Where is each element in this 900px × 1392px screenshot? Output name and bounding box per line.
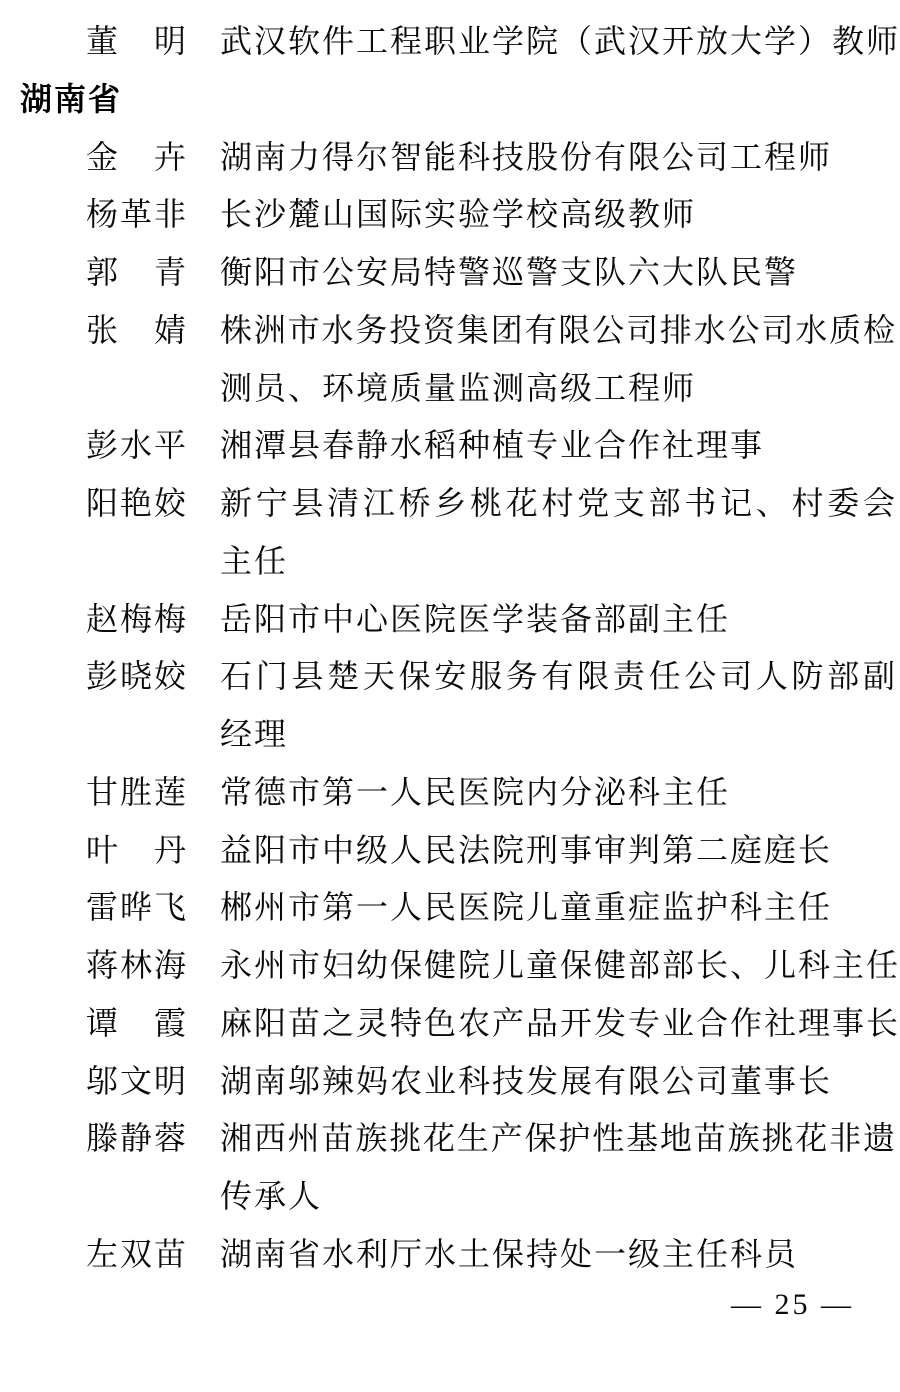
person-title-line: 传承人: [220, 1177, 322, 1215]
person-name: 张婧: [86, 311, 186, 349]
name-char: 彭: [86, 657, 118, 695]
person-title-line: 新宁县清江桥乡桃花村党支部书记、村委会: [220, 484, 896, 522]
person-name: 邬文明: [86, 1062, 186, 1100]
name-char: 晓: [120, 657, 152, 695]
name-char: 赵: [86, 600, 118, 638]
name-char: 蓉: [154, 1119, 186, 1157]
list-line: 甘胜莲常德市第一人民医院内分泌科主任: [0, 772, 900, 830]
list-line: 张婧株洲市水务投资集团有限公司排水公司水质检: [0, 310, 900, 368]
person-title-line: 永州市妇幼保健院儿童保健部部长、儿科主任: [220, 946, 900, 984]
list-line: 郭青衡阳市公安局特警巡警支队六大队民警: [0, 252, 900, 310]
person-title-line: 经理: [220, 715, 288, 753]
list-line: 赵梅梅岳阳市中心医院医学装备部副主任: [0, 599, 900, 657]
person-name: 彭水平: [86, 426, 186, 464]
person-title-line: 常德市第一人民医院内分泌科主任: [220, 773, 730, 811]
list-line: 湖南省: [0, 79, 900, 137]
document-page: 董明武汉软件工程职业学院（武汉开放大学）教师湖南省金卉湖南力得尔智能科技股份有限…: [0, 0, 900, 1392]
list-line: 左双苗湖南省水利厅水土保持处一级主任科员: [0, 1234, 900, 1292]
person-name: 叶丹: [86, 831, 186, 869]
person-name: 金卉: [86, 138, 186, 176]
person-title-line: 武汉软件工程职业学院（武汉开放大学）教师: [220, 22, 900, 60]
person-name: 阳艳姣: [86, 484, 186, 522]
person-title-line: 益阳市中级人民法院刑事审判第二庭庭长: [220, 831, 832, 869]
name-char: 张: [86, 311, 118, 349]
list-line: 彭晓姣石门县楚天保安服务有限责任公司人防部副: [0, 656, 900, 714]
list-line: 谭霞麻阳苗之灵特色农产品开发专业合作社理事长: [0, 1003, 900, 1061]
name-char: 姣: [154, 484, 186, 522]
name-char: 艳: [120, 484, 152, 522]
name-char: 邬: [86, 1062, 118, 1100]
name-char: 青: [154, 253, 186, 291]
name-char: 婧: [154, 311, 186, 349]
name-char: 姣: [154, 657, 186, 695]
list-line: 阳艳姣新宁县清江桥乡桃花村党支部书记、村委会: [0, 483, 900, 541]
person-name: 赵梅梅: [86, 600, 186, 638]
name-char: 海: [154, 946, 186, 984]
list-line: 雷晔飞郴州市第一人民医院儿童重症监护科主任: [0, 887, 900, 945]
person-title-line: 株洲市水务投资集团有限公司排水公司水质检: [220, 311, 896, 349]
name-char: 明: [154, 22, 186, 60]
name-char: 静: [120, 1119, 152, 1157]
name-char: 雷: [86, 888, 118, 926]
page-number: — 25 —: [731, 1288, 854, 1322]
person-name: 董明: [86, 22, 186, 60]
name-char: 莲: [154, 773, 186, 811]
name-char: 滕: [86, 1119, 118, 1157]
list-line: 测员、环境质量监测高级工程师: [0, 368, 900, 426]
name-char: 飞: [154, 888, 186, 926]
name-char: 阳: [86, 484, 118, 522]
list-line: 主任: [0, 541, 900, 599]
name-char: 蒋: [86, 946, 118, 984]
person-name: 雷晔飞: [86, 888, 186, 926]
name-char: 晔: [120, 888, 152, 926]
list-line: 叶丹益阳市中级人民法院刑事审判第二庭庭长: [0, 830, 900, 888]
person-title-line: 湖南省水利厅水土保持处一级主任科员: [220, 1235, 798, 1273]
name-char: 文: [120, 1062, 152, 1100]
name-char: 郭: [86, 253, 118, 291]
name-char: 梅: [154, 600, 186, 638]
list-line: 杨革非长沙麓山国际实验学校高级教师: [0, 194, 900, 252]
person-name: 彭晓姣: [86, 657, 186, 695]
list-line: 邬文明湖南邬辣妈农业科技发展有限公司董事长: [0, 1061, 900, 1119]
person-name: 左双苗: [86, 1235, 186, 1273]
list-line: 蒋林海永州市妇幼保健院儿童保健部部长、儿科主任: [0, 945, 900, 1003]
name-char: 甘: [86, 773, 118, 811]
name-char: 林: [120, 946, 152, 984]
person-name: 甘胜莲: [86, 773, 186, 811]
person-name: 蒋林海: [86, 946, 186, 984]
name-char: 水: [120, 426, 152, 464]
person-title-line: 湖南力得尔智能科技股份有限公司工程师: [220, 138, 832, 176]
name-char: 董: [86, 22, 118, 60]
person-title-line: 衡阳市公安局特警巡警支队六大队民警: [220, 253, 798, 291]
list-line: 金卉湖南力得尔智能科技股份有限公司工程师: [0, 137, 900, 195]
person-name: 杨革非: [86, 195, 186, 233]
name-char: 左: [86, 1235, 118, 1273]
name-char: 明: [154, 1062, 186, 1100]
person-name: 谭霞: [86, 1004, 186, 1042]
person-name: 滕静蓉: [86, 1119, 186, 1157]
name-char: 非: [154, 195, 186, 233]
person-title-line: 湘西州苗族挑花生产保护性基地苗族挑花非遗: [220, 1119, 896, 1157]
person-title-line: 长沙麓山国际实验学校高级教师: [220, 195, 696, 233]
name-char: 彭: [86, 426, 118, 464]
award-list: 董明武汉软件工程职业学院（武汉开放大学）教师湖南省金卉湖南力得尔智能科技股份有限…: [0, 21, 900, 1292]
province-section-header: 湖南省: [20, 81, 122, 117]
name-char: 苗: [154, 1235, 186, 1273]
name-char: 霞: [154, 1004, 186, 1042]
name-char: 革: [120, 195, 152, 233]
person-title-line: 测员、环境质量监测高级工程师: [220, 369, 696, 407]
name-char: 双: [120, 1235, 152, 1273]
person-title-line: 湘潭县春静水稻种植专业合作社理事: [220, 426, 764, 464]
list-line: 传承人: [0, 1176, 900, 1234]
person-name: 郭青: [86, 253, 186, 291]
name-char: 谭: [86, 1004, 118, 1042]
list-line: 经理: [0, 714, 900, 772]
person-title-line: 郴州市第一人民医院儿童重症监护科主任: [220, 888, 832, 926]
list-line: 董明武汉软件工程职业学院（武汉开放大学）教师: [0, 21, 900, 79]
name-char: 平: [154, 426, 186, 464]
person-title-line: 岳阳市中心医院医学装备部副主任: [220, 600, 730, 638]
list-line: 彭水平湘潭县春静水稻种植专业合作社理事: [0, 425, 900, 483]
person-title-line: 湖南邬辣妈农业科技发展有限公司董事长: [220, 1062, 832, 1100]
person-title-line: 主任: [220, 542, 288, 580]
name-char: 梅: [120, 600, 152, 638]
name-char: 胜: [120, 773, 152, 811]
person-title-line: 麻阳苗之灵特色农产品开发专业合作社理事长: [220, 1004, 900, 1042]
person-title-line: 石门县楚天保安服务有限责任公司人防部副: [220, 657, 896, 695]
name-char: 卉: [154, 138, 186, 176]
list-line: 滕静蓉湘西州苗族挑花生产保护性基地苗族挑花非遗: [0, 1118, 900, 1176]
name-char: 叶: [86, 831, 118, 869]
name-char: 丹: [154, 831, 186, 869]
name-char: 杨: [86, 195, 118, 233]
name-char: 金: [86, 138, 118, 176]
